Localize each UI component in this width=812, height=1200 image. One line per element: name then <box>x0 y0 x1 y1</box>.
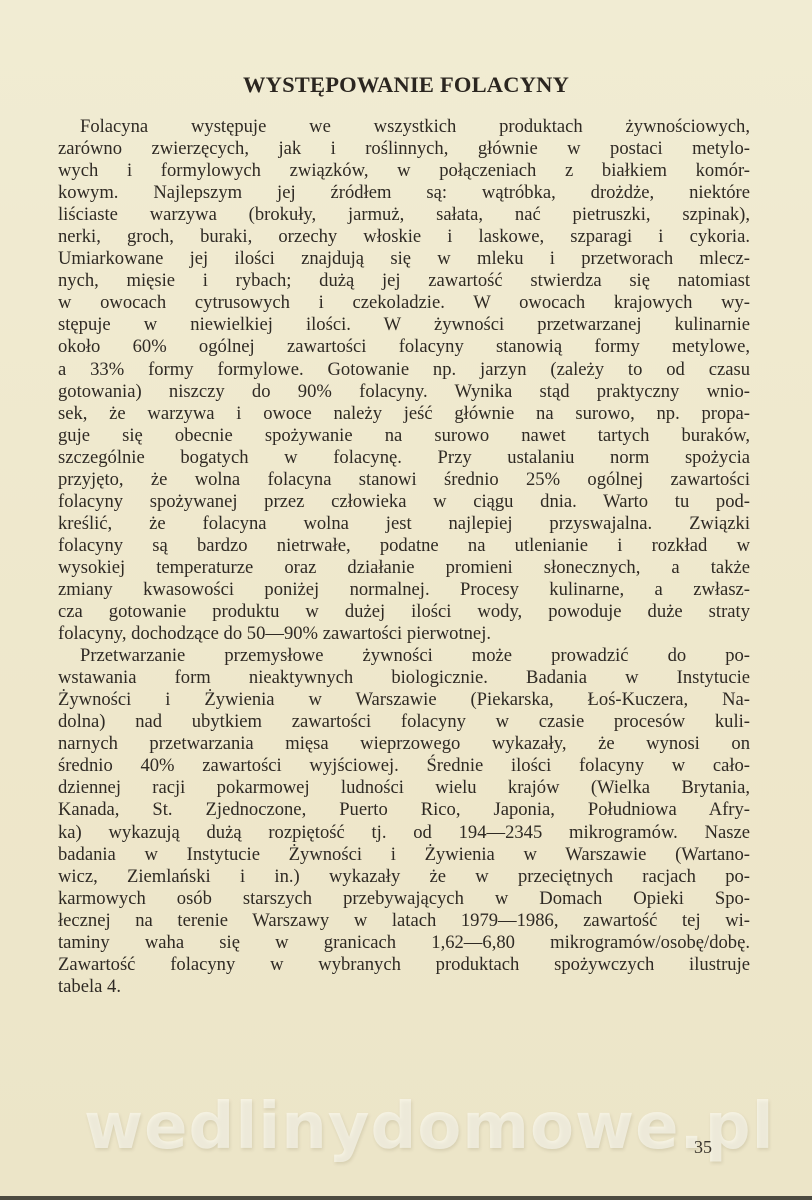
text-line: przyjęto, że wolna folacyna stanowi śred… <box>58 469 750 491</box>
text-line: liściaste warzywa (brokuły, jarmuż, sała… <box>58 204 750 226</box>
text-line: dolna) nad ubytkiem zawartości folacyny … <box>58 711 750 733</box>
text-line: karmowych osób starszych przebywających … <box>58 888 750 910</box>
text-line: gotowania) niszczy do 90% folacyny. Wyni… <box>58 381 750 403</box>
text-line: Umiarkowane jej ilości znajdują się w ml… <box>58 248 750 270</box>
text-line: sek, że warzywa i owoce należy jeść głów… <box>58 403 750 425</box>
text-line: w owocach cytrusowych i czekoladzie. W o… <box>58 292 750 314</box>
text-line: dziennej racji pokarmowej ludności wielu… <box>58 777 750 799</box>
text-line: nych, mięsie i rybach; dużą jej zawartoś… <box>58 270 750 292</box>
text-line: badania w Instytucie Żywności i Żywienia… <box>58 844 750 866</box>
text-line: około 60% ogólnej zawartości folacyny st… <box>58 336 750 358</box>
text-line: wstawania form nieaktywnych biologicznie… <box>58 667 750 689</box>
text-line: średnio 40% zawartości wyjściowej. Średn… <box>58 755 750 777</box>
text-line: Kanada, St. Zjednoczone, Puerto Rico, Ja… <box>58 799 750 821</box>
body-text: Folacyna występuje we wszystkich produkt… <box>58 116 750 998</box>
page-bottom-edge <box>0 1196 812 1200</box>
text-line: łecznej na terenie Warszawy w latach 197… <box>58 910 750 932</box>
text-line: zarówno zwierzęcych, jak i roślinnych, g… <box>58 138 750 160</box>
text-line: cza gotowanie produktu w dużej ilości wo… <box>58 601 750 623</box>
text-line: a 33% formy formylowe. Gotowanie np. jar… <box>58 359 750 381</box>
text-line: nerki, groch, buraki, orzechy włoskie i … <box>58 226 750 248</box>
book-page: WYSTĘPOWANIE FOLACYNY Folacyna występuje… <box>0 0 812 1196</box>
text-line: Zawartość folacyny w wybranych produktac… <box>58 954 750 976</box>
text-line: Folacyna występuje we wszystkich produkt… <box>58 116 750 138</box>
text-line: szczególnie bogatych w folacynę. Przy us… <box>58 447 750 469</box>
text-line: narnych przetwarzania mięsa wieprzowego … <box>58 733 750 755</box>
text-line: kreślić, że folacyna wolna jest najlepie… <box>58 513 750 535</box>
text-line: wicz, Ziemlański i in.) wykazały że w pr… <box>58 866 750 888</box>
text-line: folacyny, dochodzące do 50—90% zawartośc… <box>58 623 750 645</box>
text-line: Żywności i Żywienia w Warszawie (Piekars… <box>58 689 750 711</box>
text-line: tabela 4. <box>58 976 750 998</box>
text-line: wysokiej temperaturze oraz działanie pro… <box>58 557 750 579</box>
watermark: wedlinydomowe.pl <box>84 1090 775 1164</box>
text-line: folacyny są bardzo nietrwałe, podatne na… <box>58 535 750 557</box>
text-line: ka) wykazują dużą rozpiętość tj. od 194—… <box>58 822 750 844</box>
text-line: stępuje w niewielkiej ilości. W żywności… <box>58 314 750 336</box>
text-line: kowym. Najlepszym jej źródłem są: wątrób… <box>58 182 750 204</box>
text-line: zmiany kwasowości poniżej normalnej. Pro… <box>58 579 750 601</box>
text-line: taminy waha się w granicach 1,62—6,80 mi… <box>58 932 750 954</box>
text-line: guje się obecnie spożywanie na surowo na… <box>58 425 750 447</box>
text-line: wych i formylowych związków, w połączeni… <box>58 160 750 182</box>
page-number: 35 <box>694 1137 712 1158</box>
page-title: WYSTĘPOWANIE FOLACYNY <box>0 72 812 98</box>
text-line: folacyny spożywanej przez człowieka w ci… <box>58 491 750 513</box>
text-line: Przetwarzanie przemysłowe żywności może … <box>58 645 750 667</box>
